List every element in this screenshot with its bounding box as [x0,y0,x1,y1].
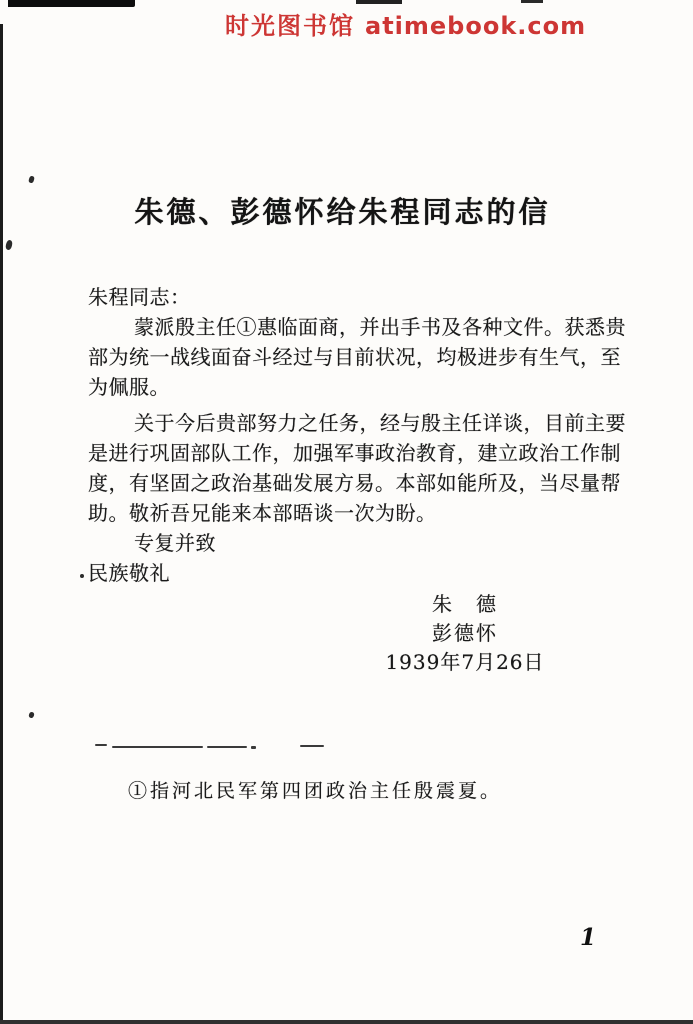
footnote-text: ①指河北民军第四团政治主任殷震夏。 [128,778,502,804]
letter-body: 朱程同志： 蒙派殷主任①惠临面商，并出手书及各种文件。获悉贵 部为统一战线面奋斗… [88,282,612,677]
scan-bottom-edge [0,1020,693,1024]
salutation-line: 朱程同志： [88,282,612,312]
scan-top-dash [356,0,402,4]
scan-speck [28,711,35,718]
scanned-book-page: 时光图书馆atimebook.com 朱德、彭德怀给朱程同志的信 朱程同志： 蒙… [0,0,693,1024]
paragraph-line: 关于今后贵部努力之任务，经与殷主任详谈，目前主要 [88,408,612,438]
scan-speck [5,239,13,250]
paragraph-line: 是进行巩固部队工作，加强军事政治教育，建立政治工作制 [88,438,612,468]
scan-speck [28,175,35,183]
watermark-library-name: 时光图书馆 [225,12,355,40]
paragraph-line: 蒙派殷主任①惠临面商，并出手书及各种文件。获悉贵 [88,312,612,342]
scan-top-corner-mark [8,0,135,7]
closing-line: 民族敬礼 [88,558,612,588]
paragraph-line: 助。敬祈吾兄能来本部晤谈一次为盼。 [88,498,612,528]
signature-name: 彭德怀 [360,619,570,648]
letter-title: 朱德、彭德怀给朱程同志的信 [0,190,685,231]
signature-date: 1939年7月26日 [360,648,570,677]
closing-line: 专复并致 [88,528,612,558]
watermark-header: 时光图书馆atimebook.com [225,6,586,41]
paragraph-line: 部为统一战线面奋斗经过与目前状况，均极进步有生气，至 [88,342,612,372]
watermark-site-url: atimebook.com [365,12,586,40]
paragraph-line: 为佩服。 [88,372,612,402]
signature-name: 朱 德 [360,590,570,619]
scan-left-edge [0,24,3,1024]
paragraph-line: 度，有坚固之政治基础发展方易。本部如能所及，当尽量帮 [88,468,612,498]
page-number: 1 [580,924,596,951]
scan-speck [80,574,84,578]
signature-block: 朱 德 彭德怀 1939年7月26日 [360,590,570,677]
scan-top-dash [521,0,543,3]
